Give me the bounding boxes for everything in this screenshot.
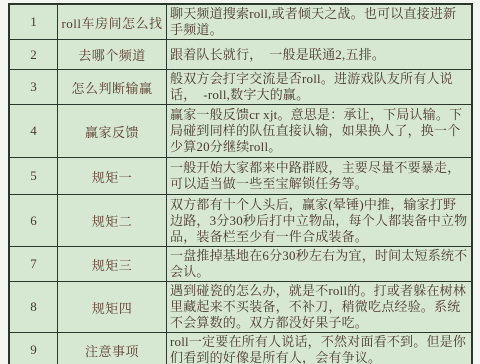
rules-table: 1 roll车房间怎么找 聊天频道搜索roll,或者倾天之战。也可以直接进新手频…	[8, 3, 473, 364]
table-row: 6 规矩二 双方都有十个人头后，赢家(晕锤)中推，输家打野边路，3分30秒后打中…	[9, 195, 472, 247]
table-row: 5 规矩一 一般开始大家都来中路群殴，主要尽量不要暴走，可以适当做一些至宝解锁任…	[9, 158, 472, 195]
row-description: 双方都有十个人头后，赢家(晕锤)中推，输家打野边路，3分30秒后打中立物品，每个…	[167, 195, 473, 247]
table-row: 7 规矩三 一盘推掉基地在6分30秒左右为宜，时间太短系统不会认。	[9, 247, 472, 282]
table-row: 4 赢家反馈 赢家一般反馈cr xjt。意思是：承让，下局认输。下局碰到同样的队…	[9, 105, 472, 158]
row-topic: roll车房间怎么找	[58, 4, 167, 40]
row-topic: 注意事项	[58, 333, 167, 364]
row-number: 7	[9, 247, 58, 282]
row-description: 遇到碰瓷的怎么办，就是不roll的。打或者躲在树林里藏起来不买装备，不补刀，稍微…	[167, 282, 473, 333]
table-row: 3 怎么判断输赢 般双方会打字交流是否roll。进游戏队友所有人说话， -rol…	[9, 70, 472, 105]
row-number: 1	[9, 4, 58, 40]
table-row: 2 去哪个频道 跟着队长就行， 一般是联通2,五排。	[9, 40, 472, 70]
row-topic: 规矩四	[58, 282, 167, 333]
row-number: 3	[9, 70, 58, 105]
row-topic: 去哪个频道	[58, 40, 167, 70]
row-description: 一盘推掉基地在6分30秒左右为宜，时间太短系统不会认。	[167, 247, 473, 282]
row-description: 赢家一般反馈cr xjt。意思是：承让，下局认输。下局碰到同样的队伍直接认输，如…	[167, 105, 473, 158]
row-description: 跟着队长就行， 一般是联通2,五排。	[167, 40, 473, 70]
table-row: 8 规矩四 遇到碰瓷的怎么办，就是不roll的。打或者躲在树林里藏起来不买装备，…	[9, 282, 472, 333]
table-row: 9 注意事项 roll一定要在所有人说话，不然对面看不到。但是你们看到的好像是所…	[9, 333, 472, 364]
row-number: 2	[9, 40, 58, 70]
row-number: 5	[9, 158, 58, 195]
row-description: 般双方会打字交流是否roll。进游戏队友所有人说话， -roll,数字大的赢。	[167, 70, 473, 105]
row-number: 6	[9, 195, 58, 247]
row-topic: 怎么判断输赢	[58, 70, 167, 105]
row-topic: 规矩一	[58, 158, 167, 195]
row-topic: 规矩三	[58, 247, 167, 282]
row-topic: 规矩二	[58, 195, 167, 247]
page: 1 roll车房间怎么找 聊天频道搜索roll,或者倾天之战。也可以直接进新手频…	[0, 0, 480, 364]
row-description: 一般开始大家都来中路群殴，主要尽量不要暴走，可以适当做一些至宝解锁任务等。	[167, 158, 473, 195]
row-number: 8	[9, 282, 58, 333]
table-row: 1 roll车房间怎么找 聊天频道搜索roll,或者倾天之战。也可以直接进新手频…	[9, 4, 472, 40]
row-description: 聊天频道搜索roll,或者倾天之战。也可以直接进新手频道。	[167, 4, 473, 40]
row-number: 4	[9, 105, 58, 158]
row-description: roll一定要在所有人说话，不然对面看不到。但是你们看到的好像是所有人，会有争议…	[167, 333, 473, 364]
row-number: 9	[9, 333, 58, 364]
row-topic: 赢家反馈	[58, 105, 167, 158]
